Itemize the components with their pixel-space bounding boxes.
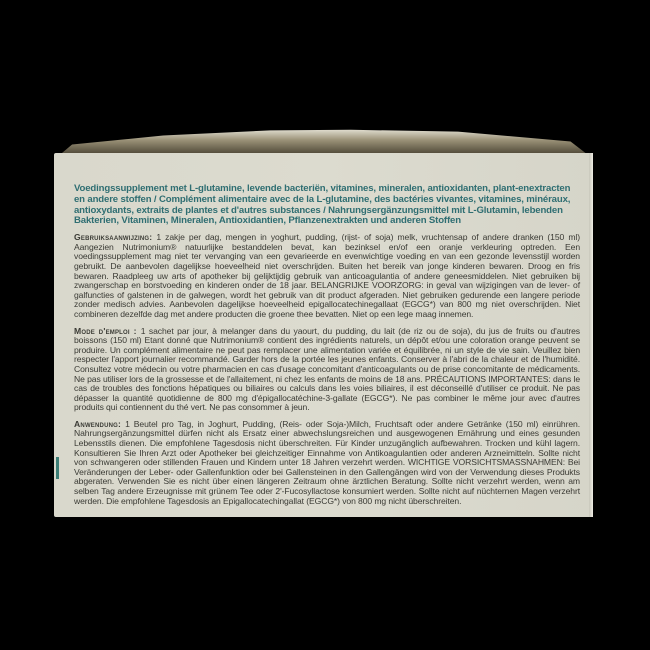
section-text-french: 1 sachet par jour, à melanger dans du ya…	[74, 326, 580, 413]
section-label-german: Anwendung:	[74, 419, 121, 429]
package-text: Voedingssupplement met L-glutamine, leve…	[74, 184, 580, 513]
section-german: Anwendung:1 Beutel pro Tag, in Joghurt, …	[74, 420, 580, 506]
section-text-dutch: 1 zakje per dag, mengen in yoghurt, pudd…	[74, 232, 580, 319]
section-french: Mode d'emploi :1 sachet par jour, à mela…	[74, 327, 580, 413]
section-dutch: Gebruiksaanwijzing:1 zakje per dag, meng…	[74, 233, 580, 319]
product-title: Voedingssupplement met L-glutamine, leve…	[74, 184, 580, 227]
accent-strip	[56, 457, 59, 479]
section-label-dutch: Gebruiksaanwijzing:	[74, 232, 152, 242]
section-label-french: Mode d'emploi :	[74, 326, 137, 336]
section-text-german: 1 Beutel pro Tag, in Joghurt, Pudding, (…	[74, 419, 580, 506]
